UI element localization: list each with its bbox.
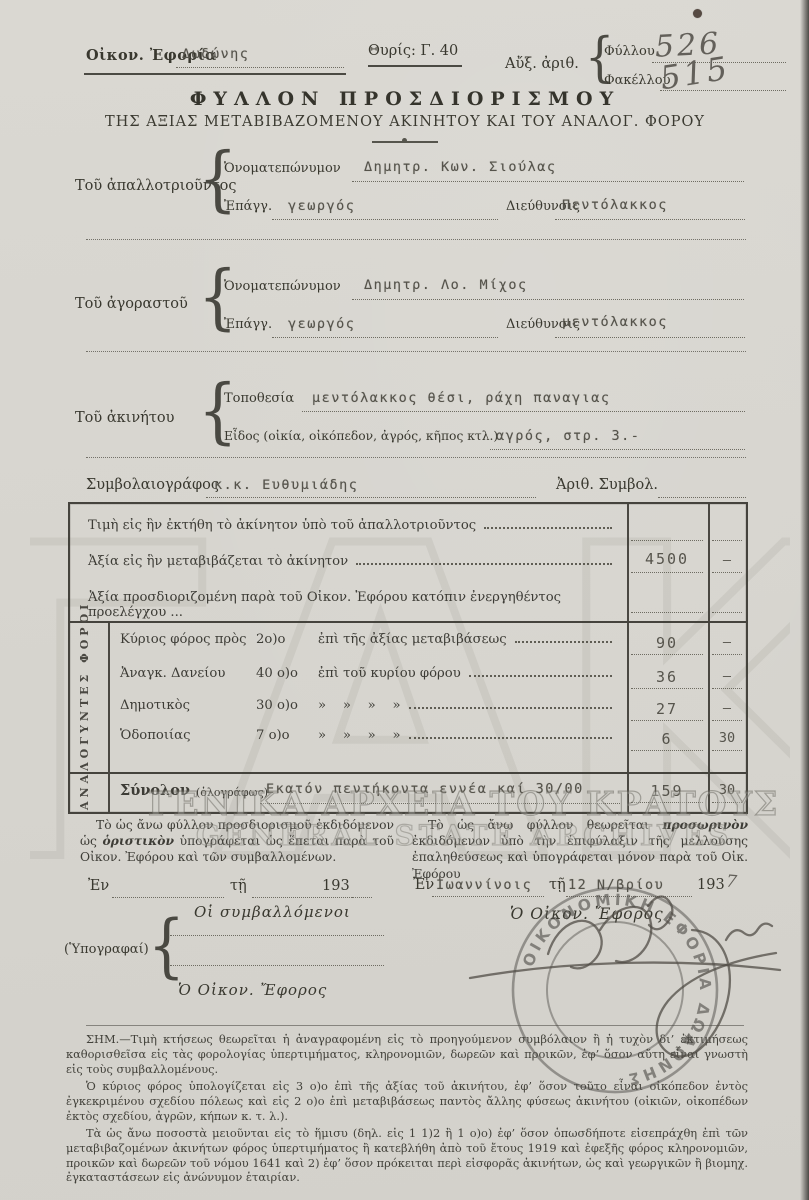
window-label: Θυρίς: Γ. 40 (368, 43, 458, 59)
serial-number-label: Αὔξ. ἀριθ. (505, 56, 579, 72)
signature-cross-stroke (470, 963, 780, 978)
punch-hole-dot (693, 9, 702, 18)
footnote-paragraph-2: Ὁ κύριος φόρος ὑπολογίζεται εἰς 3 ο)ο ἐπ… (66, 1079, 748, 1124)
office-value: Δωδώνης (182, 46, 249, 62)
watermark-line-english: GENERAL STATE ARCHIVES (196, 819, 732, 852)
window-underline (368, 65, 462, 67)
watermark-line-greek: ΓΕΝΙΚΑ ΑΡΧΕΙΑ ΤΟΥ ΚΡΑΤΟΥΣ (148, 784, 779, 823)
buyer-section-label: Τοῦ ἀγοραστοῦ (75, 296, 188, 312)
seller-address-value: Πεντόλακκος (562, 197, 668, 213)
seller-job-label: Ἐπάγγ. (224, 199, 272, 214)
page-title: ΦΥΛΛΟΝ ΠΡΟΣΔΙΟΡΙΣΜΟΥ (100, 88, 710, 110)
seller-name-label: Ὀνοματεπώνυμον (224, 161, 341, 176)
signatures-brace: { (148, 910, 185, 980)
buyer-address-dotted (555, 336, 745, 338)
buyer-address-value: μεντόλακκος (562, 314, 668, 330)
scan-edge-shadow (800, 0, 809, 1200)
footnote-paragraph-1: ΣΗΜ.—Τιμὴ κτήσεως θεωρεῖται ἡ ἀναγραφομέ… (66, 1032, 748, 1077)
sheet-label: Φύλλου (604, 44, 655, 59)
signature-letter-stroke (548, 921, 602, 969)
officer-label-left: Ὁ Οἰκον. Ἔφορος (178, 981, 327, 999)
seller-name-value: Δημητρ. Κων. Σιούλας (364, 159, 557, 175)
footnote-rule (86, 1025, 744, 1026)
buyer-job-dotted (272, 336, 498, 338)
seller-section-rule (86, 239, 746, 240)
signature-line-1 (170, 934, 384, 936)
page-subtitle: ΤΗΣ ΑΞΙΑΣ ΜΕΤΑΒΙΒΑΖΟΜΕΝΟΥ ΑΚΙΝΗΤΟΥ ΚΑΙ Τ… (60, 114, 750, 130)
seller-job-dotted (272, 218, 498, 220)
seller-job-value: γεωργός (288, 198, 355, 214)
signature-tail (726, 924, 772, 940)
scanned-tax-form-page: ΓΑΚ ΓΕΝΙΚΑ ΑΡΧΕΙΑ ΤΟΥ ΚΡΑΤΟΥΣ GENERAL ST… (0, 0, 809, 1200)
office-underline (84, 73, 346, 75)
buyer-job-label: Ἐπάγγ. (224, 317, 272, 332)
buyer-name-dotted (352, 298, 744, 300)
footnote-block: ΣΗΜ.—Τιμὴ κτήσεως θεωρεῖται ἡ ἀναγραφομέ… (66, 1032, 748, 1187)
buyer-name-label: Ὀνοματεπώνυμον (224, 279, 341, 294)
office-dotted-line (176, 66, 344, 68)
buyer-section-rule (86, 351, 746, 352)
signatures-label: (Ὑπογραφαί) (64, 942, 149, 957)
title-divider-dot (402, 138, 407, 143)
seller-address-dotted (555, 218, 745, 220)
seller-name-dotted (352, 180, 744, 182)
footnote-paragraph-3: Τὰ ὡς ἄνω ποσοστὰ μειοῦνται εἰς τὸ ἥμισυ… (66, 1126, 748, 1186)
buyer-name-value: Δημητρ. Λο. Μίχος (364, 277, 528, 293)
buyer-job-value: γεωργός (288, 316, 355, 332)
signature-line-2 (170, 964, 384, 966)
